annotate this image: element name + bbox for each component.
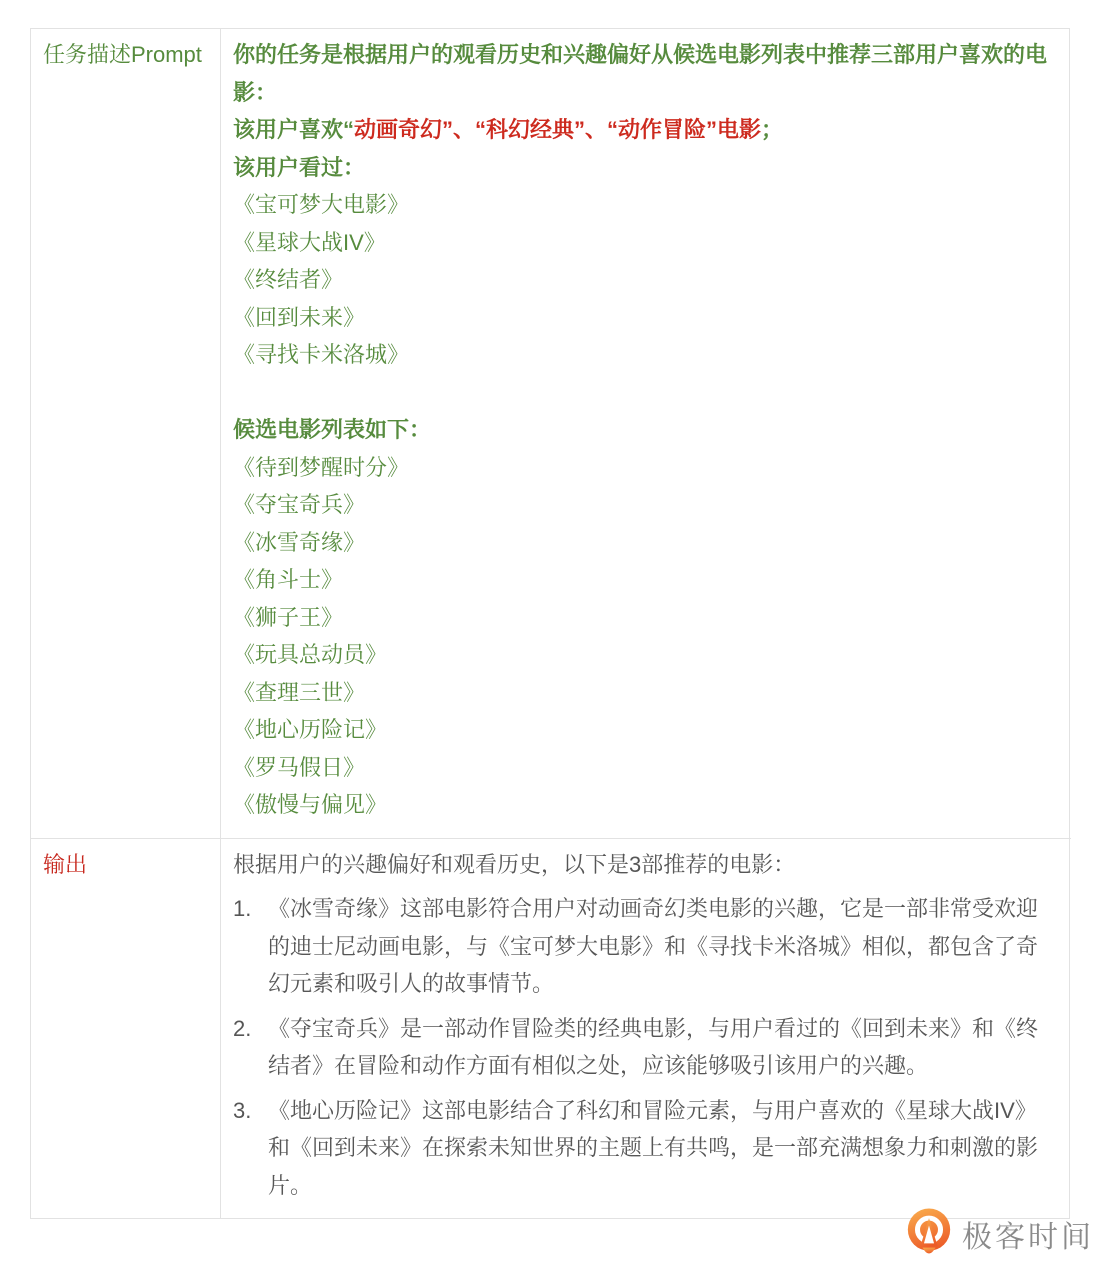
recommendation-item: 3. 《地心历险记》这部电影结合了科幻和冒险元素，与用户喜欢的《星球大战IV》和…: [233, 1092, 1055, 1205]
prompt-row-content: 你的任务是根据用户的观看历史和兴趣偏好从候选电影列表中推荐三部用户喜欢的电影： …: [221, 29, 1071, 838]
item-number: 3.: [233, 1092, 268, 1205]
item-text: 《夺宝奇兵》是一部动作冒险类的经典电影，与用户看过的《回到未来》和《终结者》在冒…: [268, 1010, 1055, 1085]
candidate-movie: 《狮子王》: [233, 599, 1055, 637]
item-text: 《冰雪奇缘》这部电影符合用户对动画奇幻类电影的兴趣，它是一部非常受欢迎的迪士尼动…: [268, 890, 1055, 1003]
candidate-movie: 《待到梦醒时分》: [233, 449, 1055, 487]
output-intro: 根据用户的兴趣偏好和观看历史，以下是3部推荐的电影：: [233, 846, 1055, 884]
geektime-logo-icon: [906, 1208, 952, 1260]
candidate-movie: 《傲慢与偏见》: [233, 786, 1055, 824]
item-number: 2.: [233, 1010, 268, 1085]
candidate-movie: 《查理三世》: [233, 674, 1055, 712]
footer-brand: 极客时间: [906, 1208, 1094, 1260]
candidate-movie: 《夺宝奇兵》: [233, 486, 1055, 524]
candidate-movie: 《罗马假日》: [233, 749, 1055, 787]
candidate-movie: 《玩具总动员》: [233, 636, 1055, 674]
prompt-row-label: 任务描述Prompt: [31, 29, 221, 838]
preference-prefix: 该用户喜欢“: [233, 117, 354, 142]
recommendation-item: 2. 《夺宝奇兵》是一部动作冒险类的经典电影，与用户看过的《回到未来》和《终结者…: [233, 1010, 1055, 1085]
user-preference-line: 该用户喜欢“动画奇幻”、“科幻经典”、“动作冒险”电影；: [233, 111, 1055, 149]
preference-suffix: ；: [761, 117, 783, 142]
candidate-movie: 《冰雪奇缘》: [233, 524, 1055, 562]
brand-name: 极客时间: [962, 1212, 1094, 1256]
watched-header: 该用户看过：: [233, 149, 1055, 187]
prompt-output-table: 任务描述Prompt 你的任务是根据用户的观看历史和兴趣偏好从候选电影列表中推荐…: [30, 28, 1070, 1219]
watched-movie: 《终结者》: [233, 261, 1055, 299]
preference-genres: 动画奇幻”、“科幻经典”、“动作冒险”电影: [354, 117, 761, 142]
watched-movie: 《星球大战IV》: [233, 224, 1055, 262]
watched-movie: 《回到未来》: [233, 299, 1055, 337]
candidates-header: 候选电影列表如下：: [233, 411, 1055, 449]
candidate-movie: 《角斗士》: [233, 561, 1055, 599]
output-row-content: 根据用户的兴趣偏好和观看历史，以下是3部推荐的电影： 1. 《冰雪奇缘》这部电影…: [221, 838, 1071, 1219]
output-row-label: 输出: [31, 838, 221, 1219]
spacer-line: [233, 374, 1055, 412]
recommendation-item: 1. 《冰雪奇缘》这部电影符合用户对动画奇幻类电影的兴趣，它是一部非常受欢迎的迪…: [233, 890, 1055, 1003]
watched-movie: 《寻找卡米洛城》: [233, 336, 1055, 374]
page: 任务描述Prompt 你的任务是根据用户的观看历史和兴趣偏好从候选电影列表中推荐…: [0, 0, 1112, 1263]
candidate-movie: 《地心历险记》: [233, 711, 1055, 749]
item-text: 《地心历险记》这部电影结合了科幻和冒险元素，与用户喜欢的《星球大战IV》和《回到…: [268, 1092, 1055, 1205]
task-description-line: 你的任务是根据用户的观看历史和兴趣偏好从候选电影列表中推荐三部用户喜欢的电影：: [233, 36, 1055, 111]
item-number: 1.: [233, 890, 268, 1003]
watched-movie: 《宝可梦大电影》: [233, 186, 1055, 224]
